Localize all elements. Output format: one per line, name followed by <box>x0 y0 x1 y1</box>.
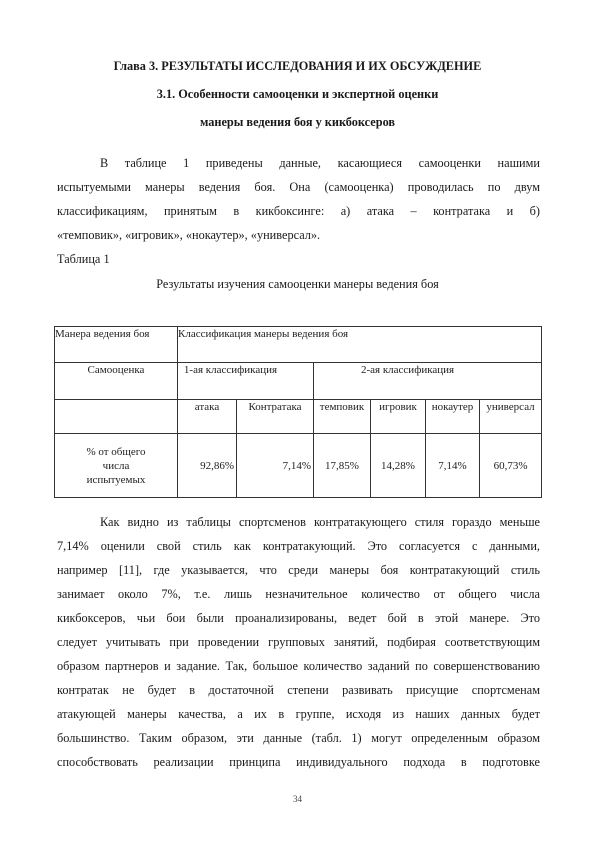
value-attack: 92,86% <box>178 434 237 498</box>
table-subheader-row: атака Контратака темповик игровик нокаут… <box>55 400 542 434</box>
self-assessment-table: Манера ведения боя Классификация манеры … <box>54 326 542 498</box>
paragraph-line: следует учитывать при проведении группов… <box>57 630 540 654</box>
subheader-counterattack: Контратака <box>237 400 314 434</box>
paragraph-line: классификациям, принятым в кикбоксинге: … <box>57 199 540 223</box>
paragraph-line: образом партнеров и задание. Так, большо… <box>57 654 540 678</box>
header-cell-self-assessment: Самооценка <box>55 363 178 400</box>
chapter-heading: Глава 3. РЕЗУЛЬТАТЫ ИССЛЕДОВАНИЯ И ИХ ОБ… <box>0 58 595 74</box>
paragraph-line: например [11], где указывается, что сред… <box>57 558 540 582</box>
subheader-attack: атака <box>178 400 237 434</box>
table-label: Таблица 1 <box>57 251 110 267</box>
document-page: Глава 3. РЕЗУЛЬТАТЫ ИССЛЕДОВАНИЯ И ИХ ОБ… <box>0 0 595 842</box>
value-universal: 60,73% <box>480 434 542 498</box>
empty-cell <box>55 400 178 434</box>
paragraph-line: В таблице 1 приведены данные, касающиеся… <box>57 151 540 175</box>
paragraph-line: атакующей манеры качества, а их в группе… <box>57 702 540 726</box>
intro-paragraph: В таблице 1 приведены данные, касающиеся… <box>57 151 540 247</box>
subheader-knockout: нокаутер <box>426 400 480 434</box>
header-cell-fighting-style: Манера ведения боя <box>55 327 178 363</box>
subheader-universal: универсал <box>480 400 542 434</box>
paragraph-line: контратак не будет в достаточной степени… <box>57 678 540 702</box>
header-cell-classification: Классификация манеры ведения боя <box>178 327 542 363</box>
subheader-player: игровик <box>371 400 426 434</box>
value-counterattack: 7,14% <box>237 434 314 498</box>
table-title: Результаты изучения самооценки манеры ве… <box>0 276 595 292</box>
value-knockout: 7,14% <box>426 434 480 498</box>
paragraph-line: 7,14% оценили свой стиль как контратакую… <box>57 534 540 558</box>
value-tempo: 17,85% <box>314 434 371 498</box>
subheader-tempo: темповик <box>314 400 371 434</box>
header-cell-first-classification: 1-ая классификация <box>178 363 314 400</box>
table-header-row: Манера ведения боя Классификация манеры … <box>55 327 542 363</box>
paragraph-line: способствовать реализации принципа индив… <box>57 750 540 774</box>
paragraph-line: большинство. Таким образом, эти данные (… <box>57 726 540 750</box>
table-row: % от общего числа испытуемых 92,86% 7,14… <box>55 434 542 498</box>
value-player: 14,28% <box>371 434 426 498</box>
paragraph-line: испытуемыми манеры ведения боя. Она (сам… <box>57 175 540 199</box>
paragraph-line: «темповик», «игровик», «нокаутер», «унив… <box>57 223 540 247</box>
page-number: 34 <box>0 794 595 804</box>
section-heading-line1: 3.1. Особенности самооценки и экспертной… <box>0 86 595 102</box>
header-cell-second-classification: 2-ая классификация <box>314 363 542 400</box>
row-label-percent: % от общего числа испытуемых <box>55 434 178 498</box>
paragraph-line: кикбоксеров, чьи бои были проанализирова… <box>57 606 540 630</box>
analysis-paragraph: Как видно из таблицы спортсменов контрат… <box>57 510 540 774</box>
section-heading-line2: манеры ведения боя у кикбоксеров <box>0 114 595 130</box>
table-header-row: Самооценка 1-ая классификация 2-ая класс… <box>55 363 542 400</box>
paragraph-line: занимает около 7%, т.е. лишь незначитель… <box>57 582 540 606</box>
paragraph-line: Как видно из таблицы спортсменов контрат… <box>57 510 540 534</box>
